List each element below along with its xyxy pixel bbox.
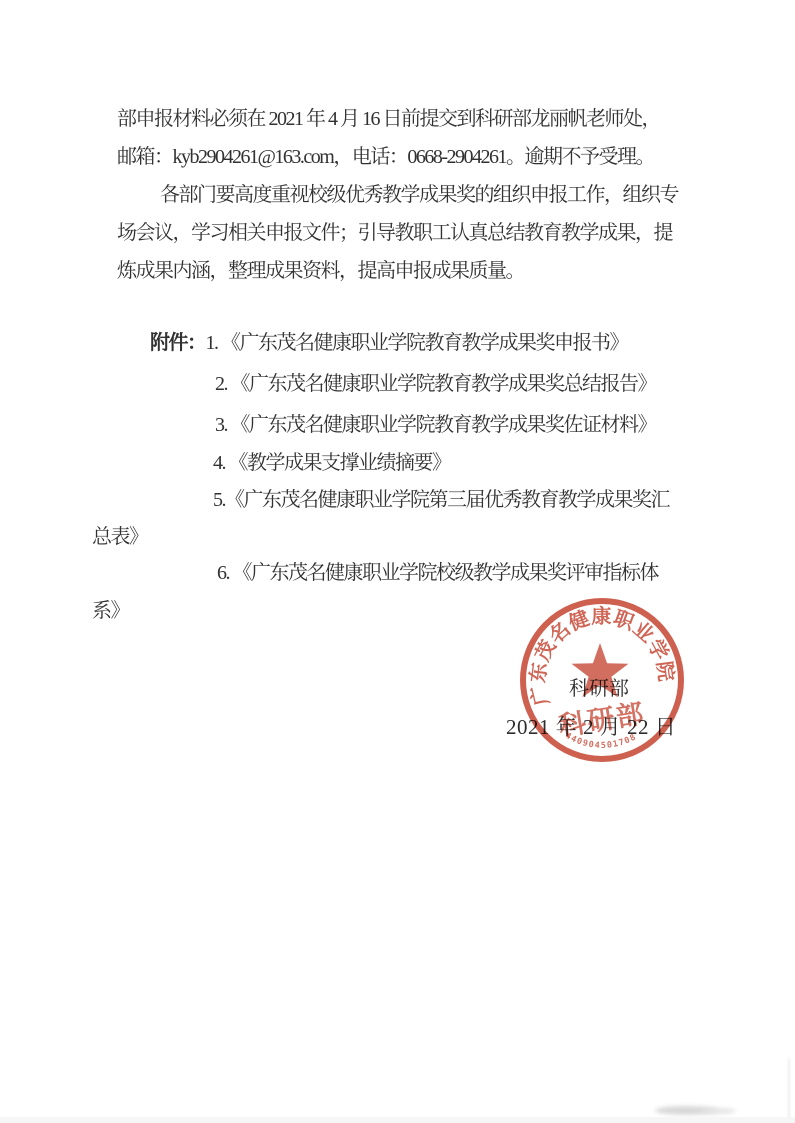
body-line-1: 部申报材料必须在 2021 年 4 月 16 日前提交到科研部龙丽帆老师处， bbox=[117, 106, 660, 132]
scan-bottom-edge bbox=[0, 1117, 795, 1123]
attachment-item-6-wrap: 系》 bbox=[92, 598, 129, 624]
signature-date: 2021 年 2 月 22 日 bbox=[506, 711, 676, 741]
attachment-item-4: 4. 《教学成果支撑业绩摘要》 bbox=[213, 450, 451, 476]
attachment-item-1: 1. 《广东茂名健康职业学院教育教学成果奖申报书》 bbox=[206, 332, 629, 354]
scan-edge-line bbox=[788, 1058, 790, 1123]
attachment-item-5-wrap: 总表》 bbox=[92, 524, 148, 550]
body-line-4: 场会议，学习相关申报文件；引导教职工认真总结教育教学成果，提 bbox=[117, 220, 672, 246]
body-line-3: 各部门要高度重视校级优秀教学成果奖的组织申报工作，组织专 bbox=[160, 182, 678, 208]
attachments-label: 附件： bbox=[150, 332, 206, 354]
attachment-item-2: 2. 《广东茂名健康职业学院教育教学成果奖总结报告》 bbox=[215, 371, 656, 397]
attachment-item-6: 6. 《广东茂名健康职业学院校级教学成果奖评审指标体 bbox=[217, 560, 658, 586]
body-line-5: 炼成果内涵，整理成果资料，提高申报成果质量。 bbox=[117, 258, 524, 284]
attachment-item-5: 5.《广东茂名健康职业学院第三届优秀教育教学成果奖汇 bbox=[213, 487, 669, 513]
body-line-2: 邮箱：kyb2904261@163.com，电话：0668-2904261。逾期… bbox=[117, 144, 654, 170]
scanned-document-page: 部申报材料必须在 2021 年 4 月 16 日前提交到科研部龙丽帆老师处， 邮… bbox=[0, 0, 795, 1123]
scan-smudge-light bbox=[700, 1108, 736, 1114]
attachment-item-3: 3. 《广东茂名健康职业学院教育教学成果奖佐证材料》 bbox=[215, 412, 656, 438]
signature-department: 科研部 bbox=[569, 672, 629, 701]
attachments-row: 附件：1. 《广东茂名健康职业学院教育教学成果奖申报书》 bbox=[150, 330, 628, 356]
